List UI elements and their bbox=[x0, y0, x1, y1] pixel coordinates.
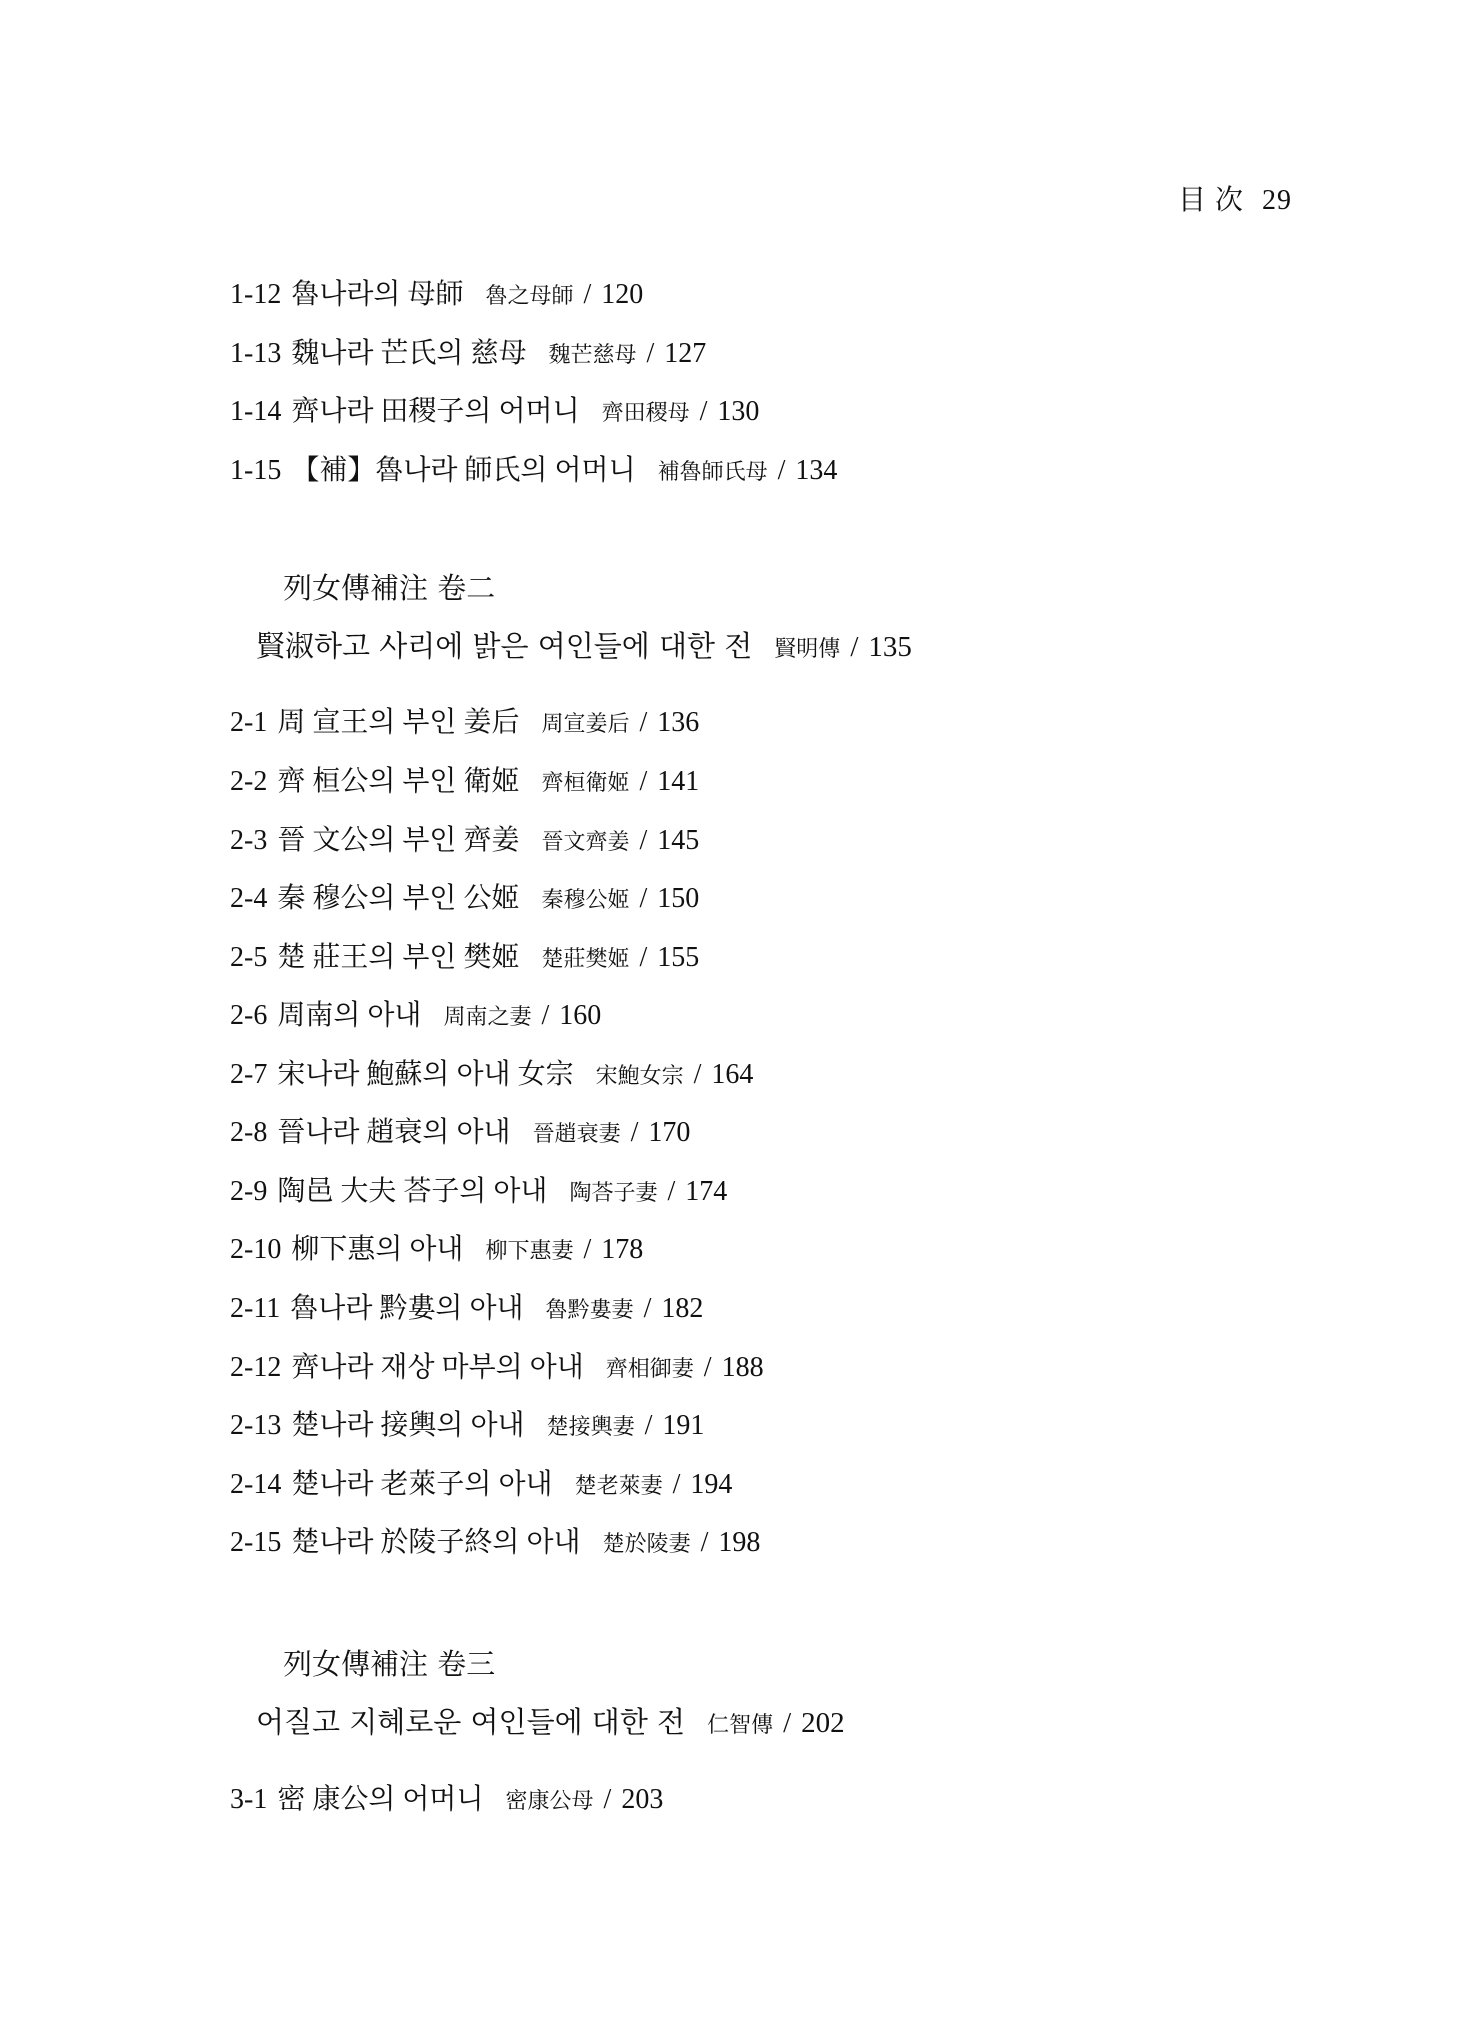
entry-page: 174 bbox=[685, 1176, 727, 1207]
entry-title: 齊나라 田稷子의 어머니 bbox=[291, 396, 579, 427]
entry-page: 164 bbox=[711, 1059, 753, 1090]
entry-hanja: 晉趙衰妻 bbox=[533, 1121, 621, 1146]
entry-title: 秦 穆公의 부인 公姬 bbox=[277, 883, 519, 914]
toc-entry: 2-3晉 文公의 부인 齊姜晉文齊姜/145 bbox=[230, 827, 699, 855]
entry-page: 194 bbox=[690, 1469, 732, 1500]
toc-entry: 2-7宋나라 鮑蘇의 아내 女宗宋鮑女宗/164 bbox=[230, 1061, 753, 1089]
entry-hanja: 宋鮑女宗 bbox=[596, 1063, 684, 1088]
section-title: 列女傳補注 卷三 bbox=[283, 1650, 495, 1679]
entry-page: 145 bbox=[657, 825, 699, 856]
entry-hanja: 補魯師氏母 bbox=[658, 459, 768, 484]
entry-title: 密 康公의 어머니 bbox=[277, 1784, 483, 1815]
entry-title: 楚나라 老萊子의 아내 bbox=[291, 1469, 552, 1500]
entry-hanja: 魏芒慈母 bbox=[548, 342, 636, 367]
entry-title: 晉나라 趙衰의 아내 bbox=[277, 1117, 510, 1148]
entry-hanja: 陶荅子妻 bbox=[569, 1180, 657, 1205]
entry-page: 150 bbox=[657, 883, 699, 914]
entry-page: 188 bbox=[722, 1352, 764, 1383]
entry-hanja: 周南之妻 bbox=[443, 1004, 531, 1029]
entry-title: 魏나라 芒氏의 慈母 bbox=[291, 338, 526, 369]
entry-title: 楚 莊王의 부인 樊姬 bbox=[277, 942, 519, 973]
entry-title: 楚나라 於陵子終의 아내 bbox=[291, 1527, 580, 1558]
entry-title: 柳下惠의 아내 bbox=[291, 1234, 463, 1265]
page-header: 目 次29 bbox=[1178, 178, 1292, 218]
entry-page: 120 bbox=[601, 279, 643, 310]
entry-page: 127 bbox=[664, 338, 706, 369]
entry-title: 陶邑 大夫 荅子의 아내 bbox=[277, 1176, 547, 1207]
entry-hanja: 晉文齊姜 bbox=[541, 829, 629, 854]
section-subtitle: 어질고 지혜로운 여인들에 대한 전仁智傳/202 bbox=[256, 1708, 845, 1738]
toc-entry: 1-12魯나라의 母師魯之母師/120 bbox=[230, 281, 643, 309]
toc-entry: 2-15楚나라 於陵子終의 아내楚於陵妻/198 bbox=[230, 1529, 760, 1557]
entry-page: 182 bbox=[661, 1293, 703, 1324]
entry-page: 130 bbox=[717, 396, 759, 427]
toc-entry: 2-8晉나라 趙衰의 아내晉趙衰妻/170 bbox=[230, 1119, 690, 1147]
entry-title: 周 宣王의 부인 姜后 bbox=[277, 707, 519, 738]
toc-entry: 2-2齊 桓公의 부인 衛姬齊桓衛姬/141 bbox=[230, 768, 699, 796]
entry-title: 宋나라 鮑蘇의 아내 女宗 bbox=[277, 1059, 573, 1090]
entry-hanja: 秦穆公姬 bbox=[541, 887, 629, 912]
entry-page: 170 bbox=[648, 1117, 690, 1148]
entry-page: 178 bbox=[601, 1234, 643, 1265]
header-page-number: 29 bbox=[1262, 185, 1292, 216]
entry-hanja: 楚莊樊姬 bbox=[541, 946, 629, 971]
entry-page: 141 bbox=[657, 766, 699, 797]
entry-title: 魯나라 黔婁의 아내 bbox=[290, 1293, 523, 1324]
entry-title: 楚나라 接輿의 아내 bbox=[291, 1410, 524, 1441]
entry-hanja: 柳下惠妻 bbox=[485, 1238, 573, 1263]
entry-hanja: 楚於陵妻 bbox=[603, 1531, 691, 1556]
section-subtitle: 賢淑하고 사리에 밝은 여인들에 대한 전賢明傳/135 bbox=[256, 632, 912, 662]
section-title: 列女傳補注 卷二 bbox=[283, 574, 495, 603]
entry-hanja: 齊相御妻 bbox=[606, 1356, 694, 1381]
entry-page: 198 bbox=[718, 1527, 760, 1558]
toc-entry: 2-5楚 莊王의 부인 樊姬楚莊樊姬/155 bbox=[230, 944, 699, 972]
toc-entry: 2-4秦 穆公의 부인 公姬秦穆公姬/150 bbox=[230, 885, 699, 913]
toc-entry: 2-10柳下惠의 아내柳下惠妻/178 bbox=[230, 1236, 643, 1264]
toc-entry: 1-15【補】魯나라 師氏의 어머니補魯師氏母/134 bbox=[230, 457, 837, 485]
entry-page: 155 bbox=[657, 942, 699, 973]
entry-page: 134 bbox=[795, 455, 837, 486]
toc-entry: 2-13楚나라 接輿의 아내楚接輿妻/191 bbox=[230, 1412, 704, 1440]
toc-entry: 2-14楚나라 老萊子의 아내楚老萊妻/194 bbox=[230, 1471, 732, 1499]
toc-entry: 2-12齊나라 재상 마부의 아내齊相御妻/188 bbox=[230, 1354, 764, 1382]
header-label: 目 次 bbox=[1178, 185, 1244, 216]
entry-page: 136 bbox=[657, 707, 699, 738]
toc-entry: 2-1周 宣王의 부인 姜后周宣姜后/136 bbox=[230, 709, 699, 737]
entry-hanja: 齊田稷母 bbox=[602, 400, 690, 425]
entry-title: 魯나라의 母師 bbox=[291, 279, 463, 310]
toc-entry: 2-9陶邑 大夫 荅子의 아내陶荅子妻/174 bbox=[230, 1178, 727, 1206]
entry-hanja: 周宣姜后 bbox=[541, 711, 629, 736]
toc-entry: 2-6周南의 아내周南之妻/160 bbox=[230, 1002, 601, 1030]
entry-title: 晉 文公의 부인 齊姜 bbox=[277, 825, 519, 856]
toc-entry: 1-14齊나라 田稷子의 어머니齊田稷母/130 bbox=[230, 398, 759, 426]
entry-title: 【補】魯나라 師氏의 어머니 bbox=[291, 455, 635, 486]
entry-hanja: 魯之母師 bbox=[485, 283, 573, 308]
entry-hanja: 楚老萊妻 bbox=[575, 1473, 663, 1498]
entry-hanja: 魯黔婁妻 bbox=[546, 1297, 634, 1322]
entry-title: 周南의 아내 bbox=[277, 1000, 421, 1031]
toc-entry: 2-11魯나라 黔婁의 아내魯黔婁妻/182 bbox=[230, 1295, 703, 1323]
entry-title: 齊나라 재상 마부의 아내 bbox=[291, 1352, 583, 1383]
entry-hanja: 楚接輿妻 bbox=[547, 1414, 635, 1439]
entry-hanja: 齊桓衛姬 bbox=[541, 770, 629, 795]
entry-page: 160 bbox=[559, 1000, 601, 1031]
entry-page: 203 bbox=[621, 1784, 663, 1815]
toc-entry: 1-13魏나라 芒氏의 慈母魏芒慈母/127 bbox=[230, 340, 706, 368]
toc-entry: 3-1密 康公의 어머니密康公母/203 bbox=[230, 1786, 663, 1814]
entry-page: 191 bbox=[662, 1410, 704, 1441]
entry-hanja: 密康公母 bbox=[506, 1788, 594, 1813]
entry-title: 齊 桓公의 부인 衛姬 bbox=[277, 766, 519, 797]
